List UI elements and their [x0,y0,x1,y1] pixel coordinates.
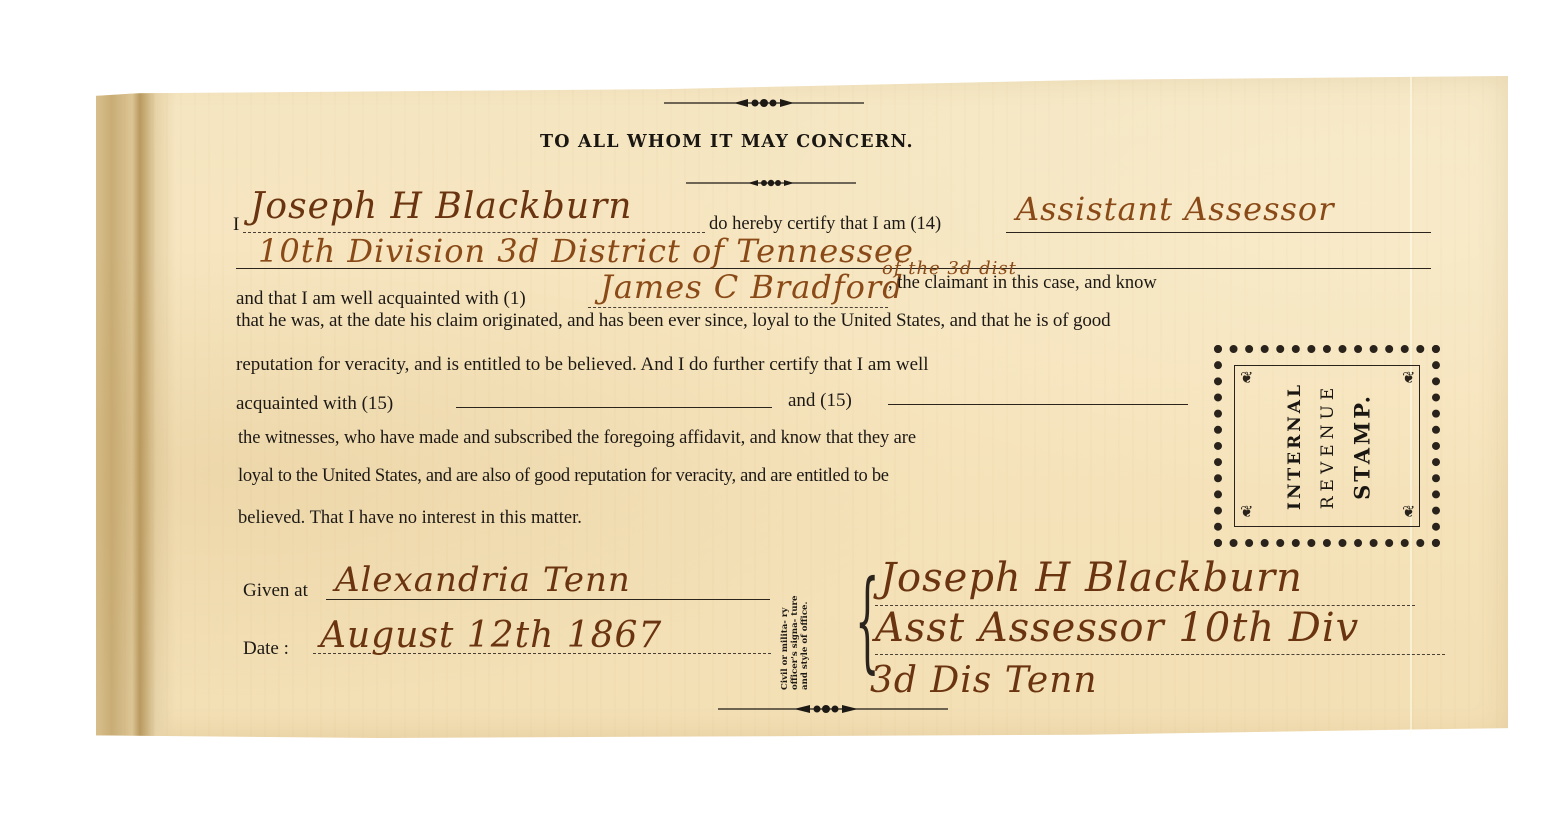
line9-text: believed. That I have no interest in thi… [238,508,582,529]
line3-suffix: , the claimant in this case, and know [888,273,1157,294]
certifier-title-field [1006,232,1431,233]
claimant-name-handwritten: James C Bradford [600,268,904,306]
given-at-label: Given at [243,580,308,602]
stamp-text-internal: INTERNAL [1285,366,1305,526]
stamp-corner-ornament-icon: ❦ [1240,368,1253,388]
line8-text: loyal to the United States, and are also… [238,466,889,487]
stamp-corner-ornament-icon: ❦ [1402,368,1415,388]
line3-prefix: and that I am well acquainted with (1) [236,288,526,310]
line5-text: reputation for veracity, and is entitled… [236,354,929,376]
stamp-text-revenue: REVENUE [1318,366,1338,526]
line6-prefix: acquainted with (15) [236,393,393,415]
claimant-name-field [588,307,888,308]
bottom-ornament-divider [718,703,948,715]
title-ornament-divider [686,178,856,188]
line6-and: and (15) [788,390,852,412]
signature-field-2 [875,654,1445,655]
line7-text: the witnesses, who have made and subscri… [238,428,916,449]
stamp-corner-ornament-icon: ❦ [1240,502,1253,522]
witness1-field [456,407,772,408]
given-at-handwritten: Alexandria Tenn [335,560,631,600]
line4-text: that he was, at the date his claim origi… [236,310,1110,332]
certifier-title-handwritten: Assistant Assessor [1016,190,1334,228]
certifier-name-handwritten: Joseph H Blackburn [250,186,632,227]
signature-line1-handwritten: Joseph H Blackburn [880,555,1303,601]
date-label: Date : [243,638,289,660]
date-handwritten: August 12th 1867 [320,615,662,656]
officer-signature-label: Civil or milita- ry officer's signa- tur… [780,580,810,690]
document-title: TO ALL WHOM IT MAY CONCERN. [540,132,1120,152]
top-ornament-divider [664,97,864,109]
witness2-field [888,404,1188,405]
signature-line2-handwritten: Asst Assessor 10th Div [875,605,1359,651]
stamp-corner-ornament-icon: ❦ [1402,502,1415,522]
line1-prefix: I [233,214,239,236]
signature-line3-handwritten: 3d Dis Tenn [870,660,1098,701]
certifier-title-handwritten-line2: 10th Division 3d District of Tennessee [258,232,914,270]
stamp-text-stamp: STAMP. [1350,367,1375,527]
